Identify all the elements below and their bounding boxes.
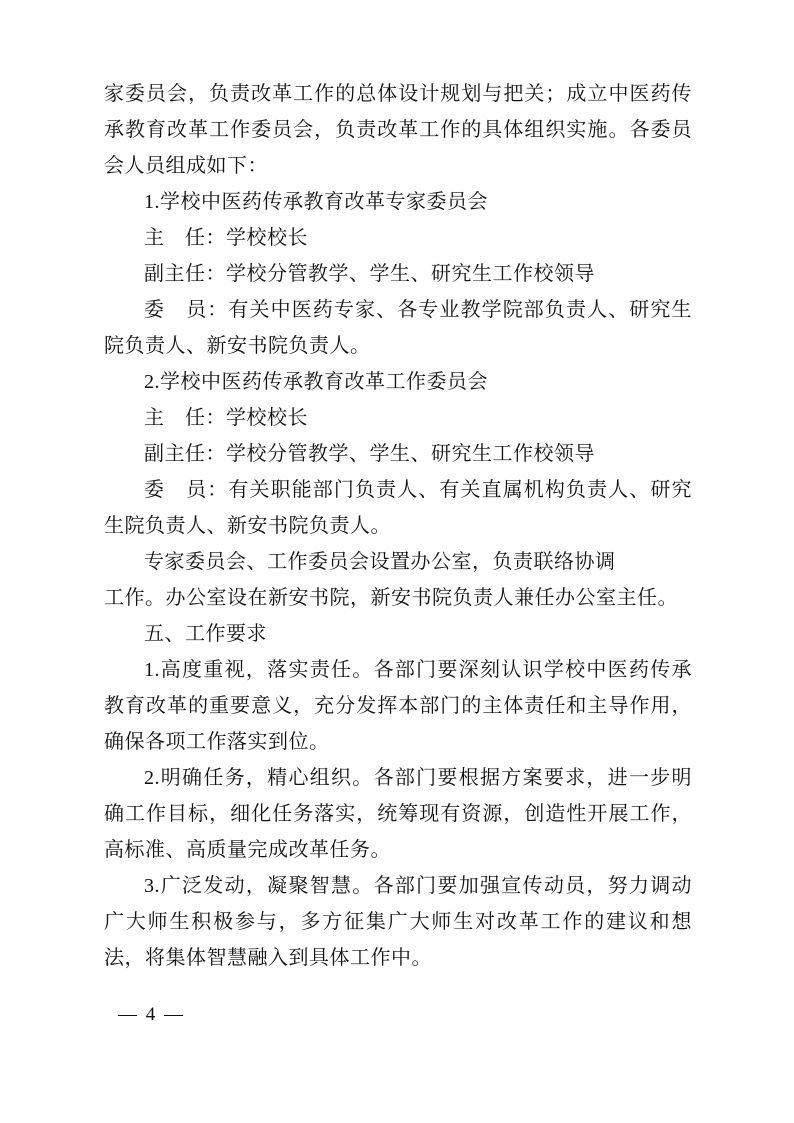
paragraph: 副主任：学校分管教学、学生、研究生工作校领导 <box>104 436 692 472</box>
paragraph: 委 员：有关职能部门负责人、有关直属机构负责人、研究生院负责人、新安书院负责人。 <box>104 472 692 544</box>
section-heading: 五、工作要求 <box>104 616 692 652</box>
document-page: 家委员会，负责改革工作的总体设计规划与把关；成立中医药传承教育改革工作委员会，负… <box>0 0 794 1123</box>
paragraph: 主 任：学校校长 <box>104 400 692 436</box>
paragraph: 3.广泛发动，凝聚智慧。各部门要加强宣传动员，努力调动广大师生积极参与，多方征集… <box>104 868 692 976</box>
paragraph: 家委员会，负责改革工作的总体设计规划与把关；成立中医药传承教育改革工作委员会，负… <box>104 76 692 184</box>
paragraph: 1.高度重视，落实责任。各部门要深刻认识学校中医药传承教育改革的重要意义，充分发… <box>104 652 692 760</box>
document-body: 家委员会，负责改革工作的总体设计规划与把关；成立中医药传承教育改革工作委员会，负… <box>104 76 692 976</box>
paragraph: 专家委员会、工作委员会设置办公室，负责联络协调 工作。办公室设在新安书院，新安书… <box>104 544 692 616</box>
paragraph: 2.明确任务，精心组织。各部门要根据方案要求，进一步明确工作目标，细化任务落实，… <box>104 760 692 868</box>
paragraph: 主 任：学校校长 <box>104 220 692 256</box>
paragraph: 委 员：有关中医药专家、各专业教学院部负责人、研究生院负责人、新安书院负责人。 <box>104 292 692 364</box>
paragraph: 1.学校中医药传承教育改革专家委员会 <box>104 184 692 220</box>
paragraph: 副主任：学校分管教学、学生、研究生工作校领导 <box>104 256 692 292</box>
paragraph: 2.学校中医药传承教育改革工作委员会 <box>104 364 692 400</box>
page-number: — 4 — <box>118 1000 185 1030</box>
